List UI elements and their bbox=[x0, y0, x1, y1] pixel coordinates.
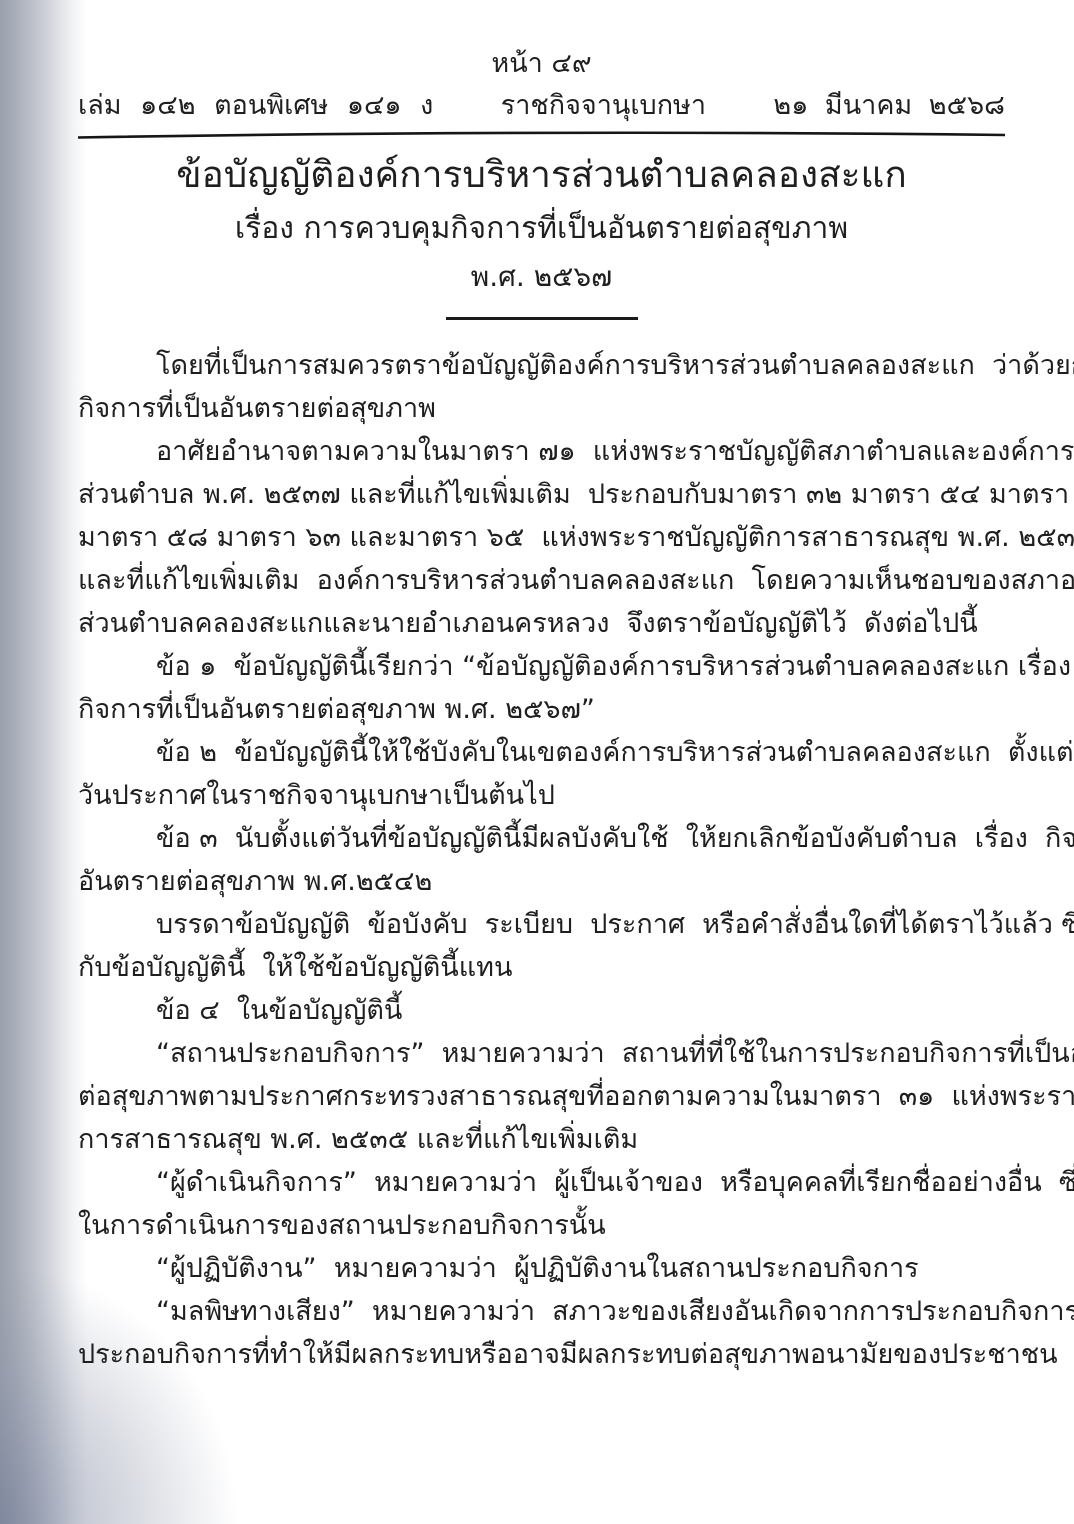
body-line: ข้อ ๓ นับตั้งแต่วันที่ข้อบัญญัตินี้มีผลบ… bbox=[78, 817, 1005, 860]
masthead-row: เล่ม ๑๔๒ ตอนพิเศษ ๑๔๑ ง ราชกิจจานุเบกษา … bbox=[78, 88, 1005, 124]
gazette-name: ราชกิจจานุเบกษา bbox=[501, 88, 706, 124]
body-line: การสาธารณสุข พ.ศ. ๒๕๓๕ และที่แก้ไขเพิ่มเ… bbox=[78, 1118, 1005, 1161]
body-line: บรรดาข้อบัญญัติ ข้อบังคับ ระเบียบ ประกาศ… bbox=[78, 903, 1005, 946]
body-line: “ผู้ดำเนินกิจการ” หมายความว่า ผู้เป็นเจ้… bbox=[78, 1161, 1005, 1204]
body-line: “ผู้ปฏิบัติงาน” หมายความว่า ผู้ปฏิบัติงา… bbox=[78, 1247, 1005, 1290]
header-rule bbox=[78, 126, 1005, 140]
gazette-page: หน้า ๔๙ เล่ม ๑๔๒ ตอนพิเศษ ๑๔๑ ง ราชกิจจา… bbox=[0, 0, 1074, 1524]
volume-issue-label: เล่ม ๑๔๒ ตอนพิเศษ ๑๔๑ ง bbox=[78, 88, 433, 124]
body-line: และที่แก้ไขเพิ่มเติม องค์การบริหารส่วนตำ… bbox=[78, 559, 1005, 602]
body-line: กิจการที่เป็นอันตรายต่อสุขภาพ bbox=[78, 387, 1005, 430]
document-title: ข้อบัญญัติองค์การบริหารส่วนตำบลคลองสะแก bbox=[78, 150, 1005, 200]
body-line: ประกอบกิจการที่ทำให้มีผลกระทบหรืออาจมีผล… bbox=[78, 1333, 1005, 1376]
page-number: หน้า ๔๙ bbox=[78, 46, 1005, 82]
document-subject: เรื่อง การควบคุมกิจการที่เป็นอันตรายต่อส… bbox=[78, 208, 1005, 250]
body-line: กิจการที่เป็นอันตรายต่อสุขภาพ พ.ศ. ๒๕๖๗” bbox=[78, 688, 1005, 731]
publication-date: ๒๑ มีนาคม ๒๕๖๘ bbox=[773, 88, 1005, 124]
body-line: ข้อ ๔ ในข้อบัญญัตินี้ bbox=[78, 989, 1005, 1032]
body-line: มาตรา ๕๘ มาตรา ๖๓ และมาตรา ๖๕ แห่งพระราช… bbox=[78, 516, 1005, 559]
body-line: “มลพิษทางเสียง” หมายความว่า สภาวะของเสีย… bbox=[78, 1290, 1005, 1333]
title-divider bbox=[446, 317, 638, 320]
body-line: โดยที่เป็นการสมควรตราข้อบัญญัติองค์การบร… bbox=[78, 344, 1005, 387]
body-line: ในการดำเนินการของสถานประกอบกิจการนั้น bbox=[78, 1204, 1005, 1247]
body-line: ส่วนตำบล พ.ศ. ๒๕๓๗ และที่แก้ไขเพิ่มเติม … bbox=[78, 473, 1005, 516]
body-line: กับข้อบัญญัตินี้ ให้ใช้ข้อบัญญัตินี้แทน bbox=[78, 946, 1005, 989]
body-line: ข้อ ๒ ข้อบัญญัตินี้ให้ใช้บังคับในเขตองค์… bbox=[78, 731, 1005, 774]
body-line: ส่วนตำบลคลองสะแกและนายอำเภอนครหลวง จึงตร… bbox=[78, 602, 1005, 645]
body-line: วันประกาศในราชกิจจานุเบกษาเป็นต้นไป bbox=[78, 774, 1005, 817]
document-year: พ.ศ. ๒๕๖๗ bbox=[78, 258, 1005, 296]
body-line: ต่อสุขภาพตามประกาศกระทรวงสาธารณสุขที่ออก… bbox=[78, 1075, 1005, 1118]
body-line: อาศัยอำนาจตามความในมาตรา ๗๑ แห่งพระราชบั… bbox=[78, 430, 1005, 473]
document-body: โดยที่เป็นการสมควรตราข้อบัญญัติองค์การบร… bbox=[78, 344, 1005, 1376]
body-line: อันตรายต่อสุขภาพ พ.ศ.๒๕๔๒ bbox=[78, 860, 1005, 903]
body-line: “สถานประกอบกิจการ” หมายความว่า สถานที่ที… bbox=[78, 1032, 1005, 1075]
body-line: ข้อ ๑ ข้อบัญญัตินี้เรียกว่า “ข้อบัญญัติอ… bbox=[78, 645, 1005, 688]
page-content: หน้า ๔๙ เล่ม ๑๔๒ ตอนพิเศษ ๑๔๑ ง ราชกิจจา… bbox=[0, 0, 1074, 1376]
